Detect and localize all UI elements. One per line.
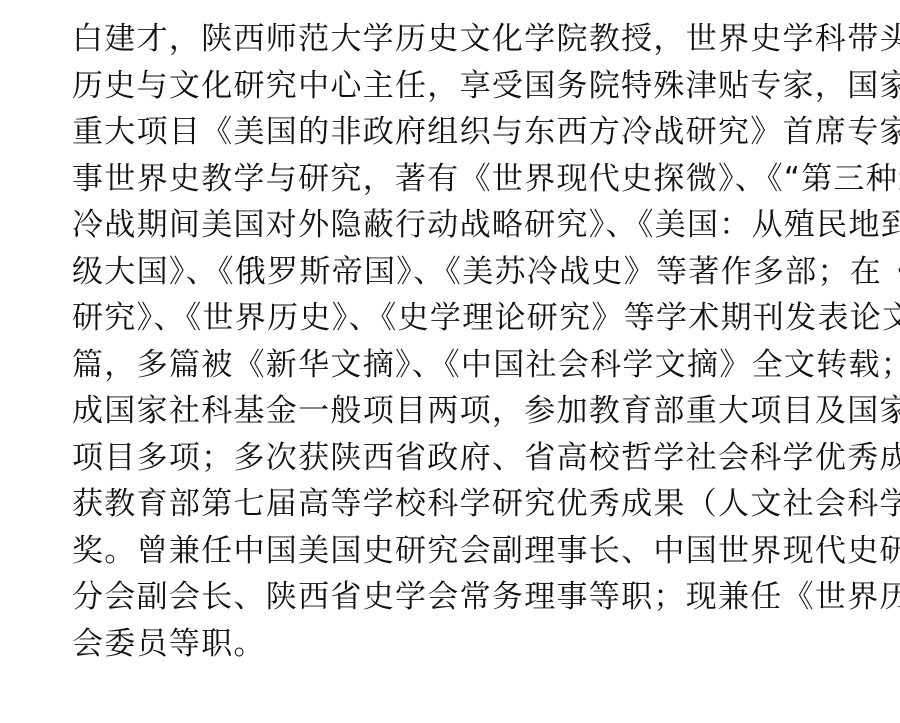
text-line: 项目多项；多次获陕西省政府、省高校哲学社会科学优秀成果奖，并 bbox=[72, 435, 842, 482]
text-line: 历史与文化研究中心主任，享受国务院特殊津贴专家，国家社科基金 bbox=[72, 63, 842, 110]
biography-paragraph: 白建才，陕西师范大学历史文化学院教授，世界史学科带头人，美国 历史与文化研究中心… bbox=[72, 16, 842, 667]
text-line: 重大项目《美国的非政府组织与东西方冷战研究》首席专家。长期从 bbox=[72, 109, 842, 156]
text-line: 分会副会长、陕西省史学会常务理事等职；现兼任《世界历史》编委 bbox=[72, 574, 842, 621]
text-line: 级大国》、《俄罗斯帝国》、《美苏冷战史》等著作多部；在《历史 bbox=[72, 249, 842, 296]
text-line: 会委员等职。 bbox=[72, 621, 842, 668]
text-line: 篇，多篇被《新华文摘》、《中国社会科学文摘》全文转载；主持完 bbox=[72, 342, 842, 389]
text-line: 获教育部第七届高等学校科学研究优秀成果（人文社会科学）二等 bbox=[72, 481, 842, 528]
text-line: 冷战期间美国对外隐蔽行动战略研究》、《美国：从殖民地到惟一超 bbox=[72, 202, 842, 249]
text-line: 研究》、《世界历史》、《史学理论研究》等学术期刊发表论文数十 bbox=[72, 295, 842, 342]
text-line: 事世界史教学与研究，著有《世界现代史探微》、《“第三种选择”一 bbox=[72, 156, 842, 203]
text-line: 成国家社科基金一般项目两项，参加教育部重大项目及国家社科基金 bbox=[72, 388, 842, 435]
text-line: 奖。曾兼任中国美国史研究会副理事长、中国世界现代史研究会西北 bbox=[72, 528, 842, 575]
text-line: 白建才，陕西师范大学历史文化学院教授，世界史学科带头人，美国 bbox=[72, 16, 842, 63]
